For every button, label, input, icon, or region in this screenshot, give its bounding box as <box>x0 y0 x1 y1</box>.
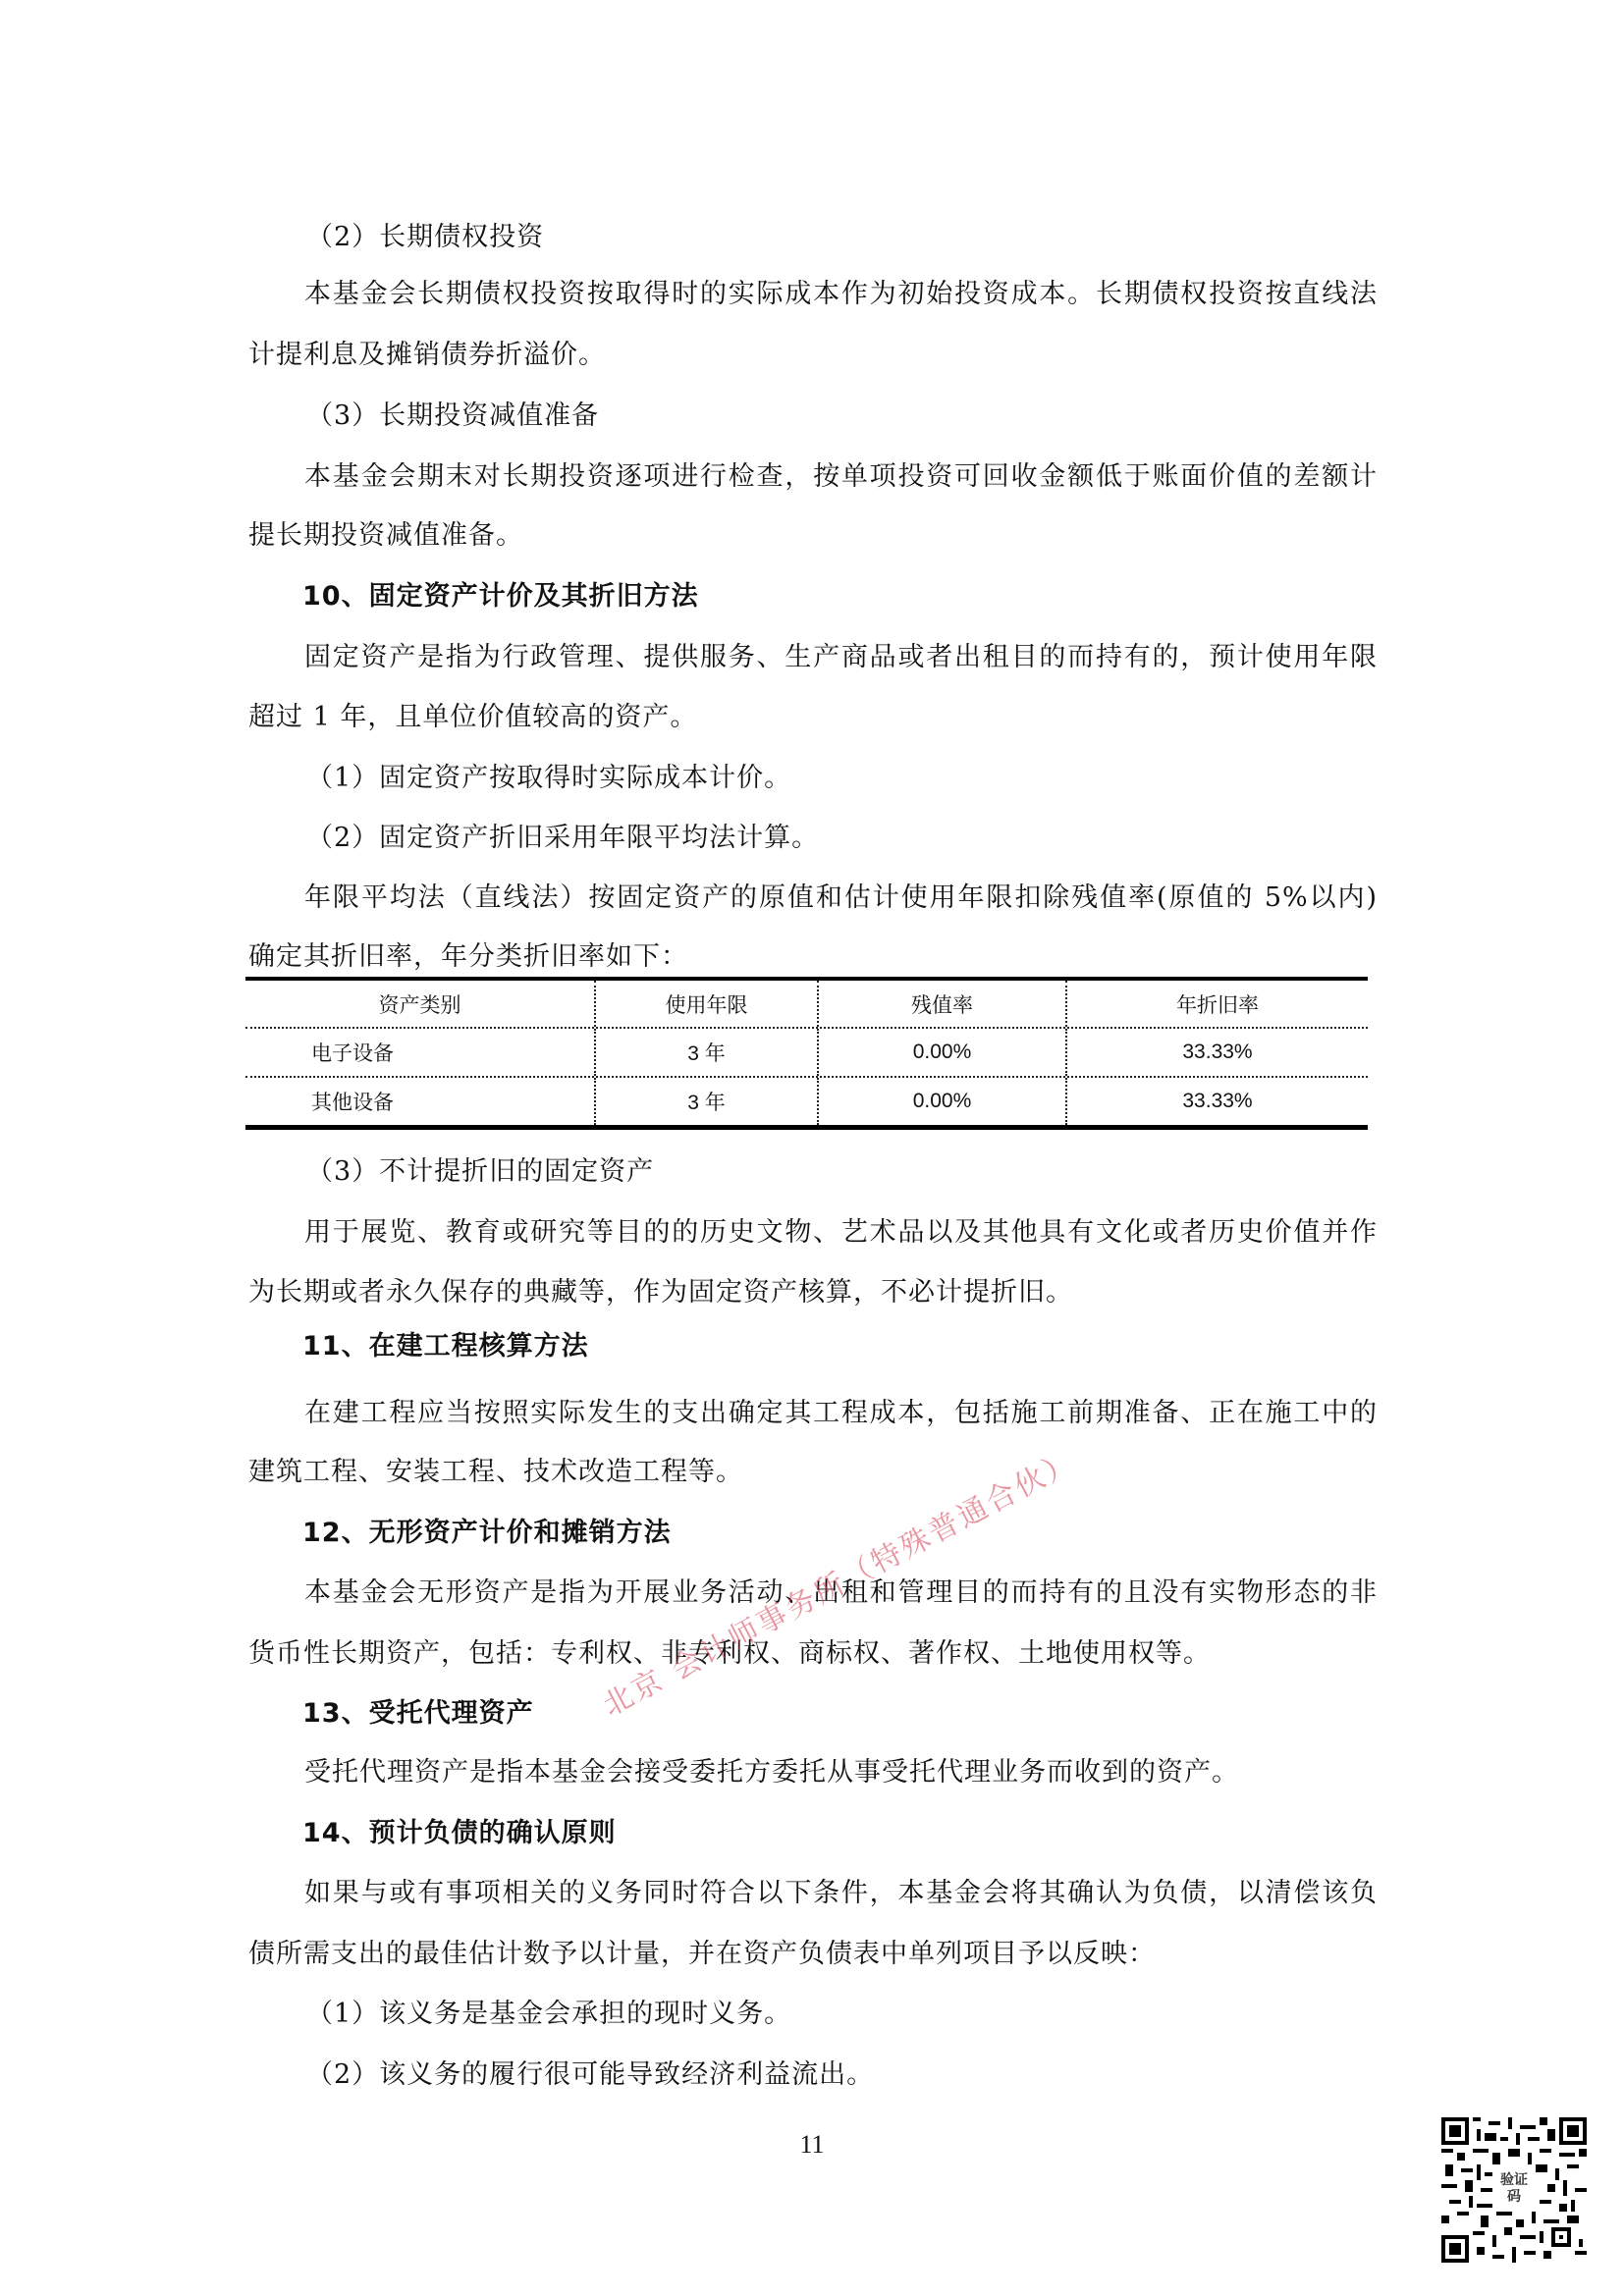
paragraph-line: 债所需支出的最佳估计数予以计量，并在资产负债表中单列项目予以反映： <box>248 1935 1378 1974</box>
subsection-title: （2）长期债权投资 <box>306 218 1435 257</box>
asset-category-cell: 电子设备 <box>245 1029 594 1076</box>
section-heading: 11、在建工程核算方法 <box>302 1327 1432 1366</box>
paragraph-line: 提长期投资减值准备。 <box>248 516 1378 556</box>
paragraph-line: 本基金会长期债权投资按取得时的实际成本作为初始投资成本。长期债权投资按直线法 <box>304 275 1378 314</box>
paragraph-line: 本基金会期末对长期投资逐项进行检查，按单项投资可回收金额低于账面价值的差额计 <box>304 457 1378 497</box>
residual-rate-cell: 0.00% <box>817 1029 1065 1076</box>
residual-rate-cell: 0.00% <box>817 1078 1065 1125</box>
qr-label-line1: 验证 <box>1494 2172 1534 2189</box>
paragraph-line: 确定其折旧率，年分类折旧率如下： <box>248 937 1378 977</box>
depreciation-table: 资产类别 使用年限 残值率 年折旧率 电子设备 3 年 0.00% 33.33%… <box>245 977 1368 1130</box>
section-heading: 10、固定资产计价及其折旧方法 <box>302 577 1432 616</box>
subsection-title: （2）该义务的履行很可能导致经济利益流出。 <box>306 2056 1435 2095</box>
subsection-title: （3）长期投资减值准备 <box>306 397 1435 436</box>
table-row: 电子设备 3 年 0.00% 33.33% <box>245 1029 1368 1078</box>
asset-category-cell: 其他设备 <box>245 1078 594 1125</box>
table-header-cell: 年折旧率 <box>1065 981 1368 1027</box>
useful-life-cell: 3 年 <box>594 1029 817 1076</box>
subsection-title: （1）该义务是基金会承担的现时义务。 <box>306 1995 1435 2034</box>
qr-verification-label: 验证 码 <box>1494 2172 1534 2208</box>
useful-life-cell: 3 年 <box>594 1078 817 1125</box>
table-row: 其他设备 3 年 0.00% 33.33% <box>245 1078 1368 1125</box>
document-page: （2）长期债权投资 本基金会长期债权投资按取得时的实际成本作为初始投资成本。长期… <box>0 0 1624 2296</box>
annual-depreciation-rate-cell: 33.33% <box>1065 1029 1368 1076</box>
paragraph-line: 年限平均法（直线法）按固定资产的原值和估计使用年限扣除残值率(原值的 5%以内) <box>304 879 1378 918</box>
page-number: 11 <box>0 2130 1624 2160</box>
qr-label-line2: 码 <box>1494 2189 1534 2206</box>
section-heading: 12、无形资产计价和摊销方法 <box>302 1514 1432 1553</box>
table-header-cell: 使用年限 <box>594 981 817 1027</box>
paragraph-line: 固定资产是指为行政管理、提供服务、生产商品或者出租目的而持有的，预计使用年限 <box>304 638 1378 677</box>
paragraph-line: 货币性长期资产，包括：专利权、非专利权、商标权、著作权、土地使用权等。 <box>248 1634 1378 1674</box>
paragraph-line: 为长期或者永久保存的典藏等，作为固定资产核算，不必计提折旧。 <box>248 1273 1378 1312</box>
table-header-cell: 残值率 <box>817 981 1065 1027</box>
paragraph-line: 本基金会无形资产是指为开展业务活动、出租和管理目的而持有的且没有实物形态的非 <box>304 1574 1378 1613</box>
paragraph-line: 计提利息及摊销债券折溢价。 <box>248 336 1378 375</box>
paragraph-line: 超过 1 年，且单位价值较高的资产。 <box>248 698 1378 737</box>
subsection-title: （3）不计提折旧的固定资产 <box>306 1152 1435 1192</box>
section-heading: 13、受托代理资产 <box>302 1694 1432 1734</box>
paragraph-line: 在建工程应当按照实际发生的支出确定其工程成本，包括施工前期准备、正在施工中的 <box>304 1394 1378 1433</box>
section-heading: 14、预计负债的确认原则 <box>302 1814 1432 1853</box>
paragraph-line: 如果与或有事项相关的义务同时符合以下条件，本基金会将其确认为负债，以清偿该负 <box>304 1874 1378 1913</box>
subsection-title: （2）固定资产折旧采用年限平均法计算。 <box>306 819 1435 858</box>
paragraph-line: 建筑工程、安装工程、技术改造工程等。 <box>248 1453 1378 1492</box>
annual-depreciation-rate-cell: 33.33% <box>1065 1078 1368 1125</box>
paragraph-line: 受托代理资产是指本基金会接受委托方委托从事受托代理业务而收到的资产。 <box>304 1753 1378 1792</box>
table-header-cell: 资产类别 <box>245 981 594 1027</box>
paragraph-line: 用于展览、教育或研究等目的的历史文物、艺术品以及其他具有文化或者历史价值并作 <box>304 1213 1378 1253</box>
subsection-title: （1）固定资产按取得时实际成本计价。 <box>306 759 1435 798</box>
table-header-row: 资产类别 使用年限 残值率 年折旧率 <box>245 981 1368 1029</box>
